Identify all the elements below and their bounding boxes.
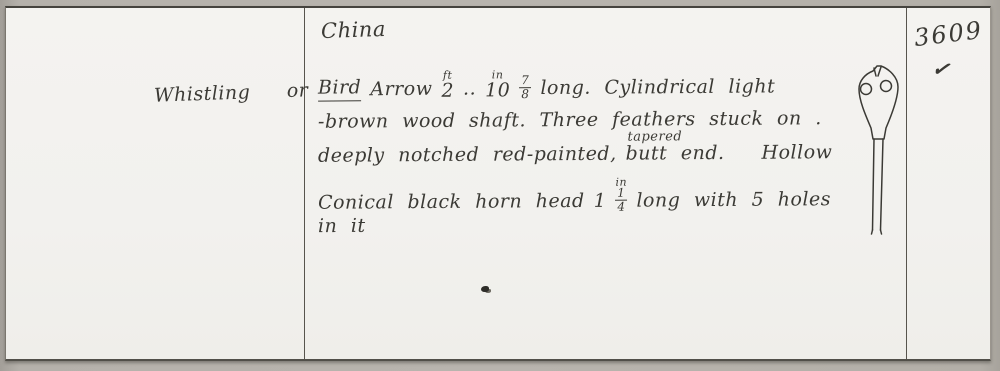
description-line-1: Bird Arrow ft 2 .. in 10 7 8 long. Cylin… <box>318 68 775 101</box>
object-term: Whistling or <box>154 79 309 106</box>
line1-tail: long. Cylindrical light <box>540 74 775 100</box>
description-line-4: Conical black horn head 1 in 1 4 long wi… <box>318 176 831 215</box>
inserted-word-tapered: tapered <box>627 125 682 149</box>
whistling-arrow-sketch-icon <box>852 62 904 238</box>
inches-measurement: in 10 <box>485 70 510 100</box>
catalog-card: Whistling or China Bird Arrow ft 2 .. in… <box>5 6 991 361</box>
line3-pre: deeply notched red-painted, <box>318 142 617 168</box>
word-arrow: Arrow <box>370 77 432 101</box>
description-line-2: -brown wood shaft. Three feathers stuck … <box>318 106 822 134</box>
head-length-fraction-with-unit: in 1 4 <box>615 178 627 213</box>
column-divider-left <box>304 8 305 359</box>
underlined-word-bird: Bird <box>318 75 361 101</box>
ink-speck <box>481 286 489 292</box>
line4-tail: long with 5 holes <box>636 187 831 212</box>
accession-number: 3609 <box>913 16 985 52</box>
feet-measurement: ft 2 <box>441 71 454 101</box>
line3-tail: Hollow <box>761 140 832 164</box>
country-label: China <box>321 17 387 43</box>
description-line-5: in it <box>318 214 366 238</box>
column-divider-right <box>906 8 907 359</box>
line3-insertion-anchor: tapered butt end. <box>626 141 725 166</box>
description-line-3: deeply notched red-painted, tapered butt… <box>318 140 833 168</box>
scanned-catalog-card-page: { "colors": { "scan_background": "#b5b1a… <box>0 0 1000 371</box>
line4-pre: Conical black horn head <box>318 189 585 215</box>
checkmark: ✓ <box>930 55 952 83</box>
inches-fraction: 7 8 <box>519 75 531 100</box>
measure-dots: .. <box>463 76 476 100</box>
head-length-whole: 1 <box>594 189 607 213</box>
